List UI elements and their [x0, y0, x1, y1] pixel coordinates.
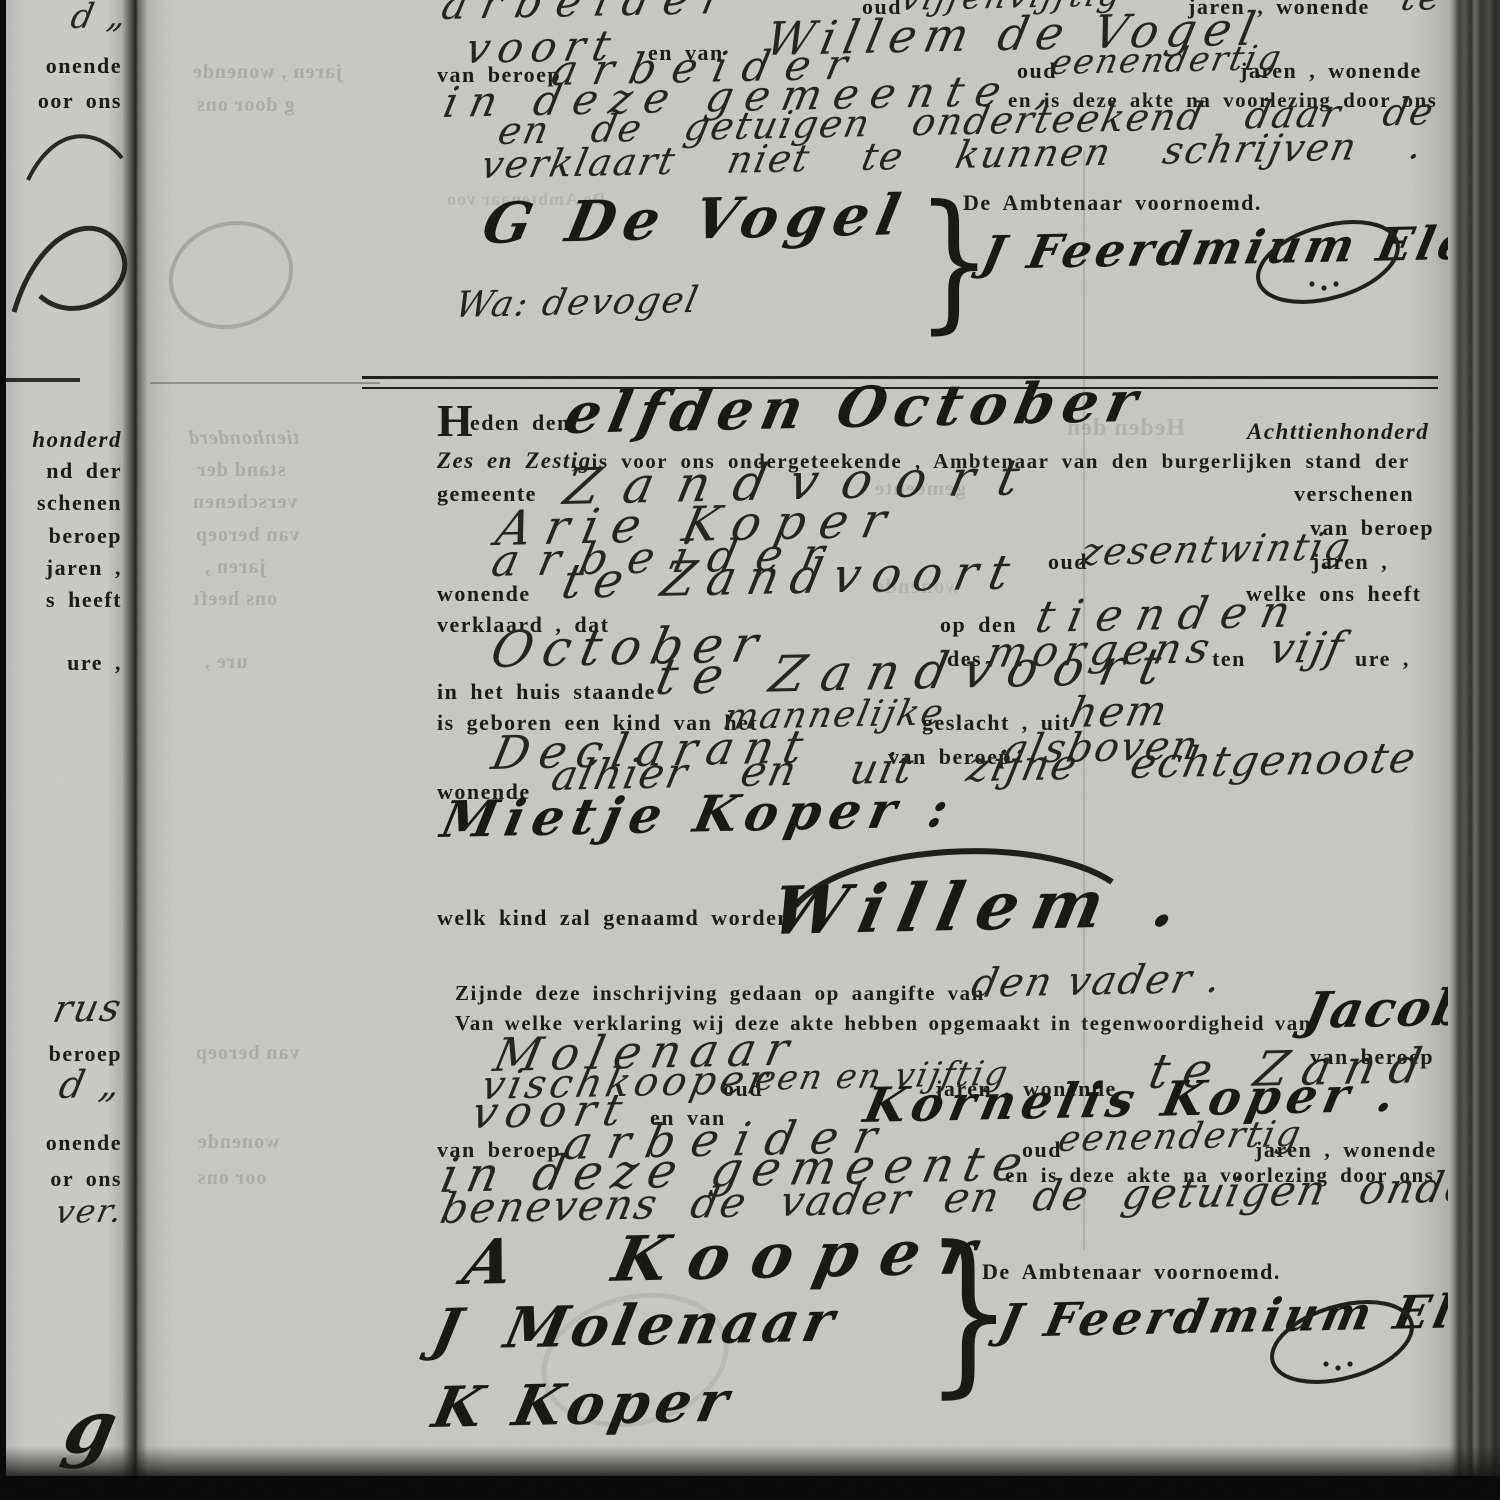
act-label-aangifte: Zijnde deze inschrijving gedaan op aangi…	[455, 983, 985, 1004]
ghost-text: wonende	[197, 1132, 280, 1152]
register-scan: d „ onende oor ons honderd nd der schene…	[0, 0, 1500, 1500]
prev-officer-signature: J Feerdmium Eleg	[978, 219, 1500, 276]
bottom-black-border	[0, 1476, 1500, 1500]
prev-signature-devogel: G De Vogel	[478, 187, 912, 252]
ghost-text: oor ons	[197, 1168, 266, 1188]
ghost-text: van beroep	[195, 1043, 300, 1063]
ghost-text: tienhonderd	[188, 428, 299, 448]
act-label-year: Achttienhonderd	[1247, 420, 1429, 443]
ghost-text: jaren ,	[204, 557, 266, 577]
prev-signature-wdevogel: Wa: devogel	[452, 283, 703, 324]
prev-label-jaren-wonende-2: jaren , wonende	[1240, 60, 1422, 82]
facing-page-strip: d „ onende oor ons honderd nd der schene…	[6, 0, 132, 1478]
act-brace: }	[924, 1224, 1014, 1400]
strip-shade	[6, 0, 132, 1478]
prev-label-ambtenaar: De Ambtenaar voornoemd.	[963, 192, 1262, 214]
act-child-name-hand: Willem .	[766, 869, 1198, 944]
signature-father: A Kooper	[458, 1221, 1003, 1294]
signature-witness1: J Molenaar	[428, 1293, 843, 1358]
ghost-text: ons heeft	[192, 589, 277, 609]
act-divider-faint	[150, 382, 380, 384]
prev-signature-flourish-loop	[1248, 212, 1408, 312]
page-crease	[1083, 150, 1085, 1250]
act-date-hand: elfden October	[560, 374, 1150, 442]
act-hour-hand: vijf	[1266, 626, 1349, 670]
act-label-ure: ure ,	[1355, 648, 1410, 670]
left-black-border	[0, 0, 6, 1500]
act-label-ambtenaar: De Ambtenaar voornoemd.	[982, 1261, 1281, 1283]
ghost-text: stand der	[196, 460, 286, 480]
ghost-text: jaren , wonende	[192, 62, 343, 82]
act-initial-H: H	[437, 398, 474, 444]
bottom-page-shadow	[0, 1446, 1500, 1478]
act-signature-flourish-loop	[1262, 1292, 1422, 1392]
signature-witness2: K Koper	[428, 1373, 739, 1436]
act-label-ten: ten	[1212, 648, 1246, 670]
ghost-text: g door ons	[196, 95, 295, 115]
ghost-text: ure ,	[204, 652, 248, 672]
act-mother-name-hand: Mietje Koper :	[437, 784, 961, 845]
act-aangifte-door-hand: den vader .	[968, 959, 1226, 1004]
page-stack-edge	[1448, 0, 1500, 1478]
act-officer-signature: J Feerdmium Eleg	[995, 1287, 1500, 1344]
act-label-wonende: wonende	[437, 583, 531, 605]
act-label-heden-den: eden den	[470, 412, 571, 434]
act-label-huis: in het huis staande	[437, 681, 656, 703]
act-label-jaren: jaren ,	[1312, 551, 1388, 573]
act-declarant-residence-hand: te Zandvoort	[558, 548, 1026, 606]
act-label-verschenen: verschenen	[1294, 483, 1414, 505]
act-label-jaren-wonende-2: jaren , wonende	[1255, 1139, 1437, 1161]
act-label-child-name: welk kind zal genaamd worden	[437, 907, 791, 929]
book-binding	[122, 0, 148, 1478]
ghost-text: van beroep	[195, 525, 300, 545]
ghost-text: verschenen	[192, 492, 298, 512]
